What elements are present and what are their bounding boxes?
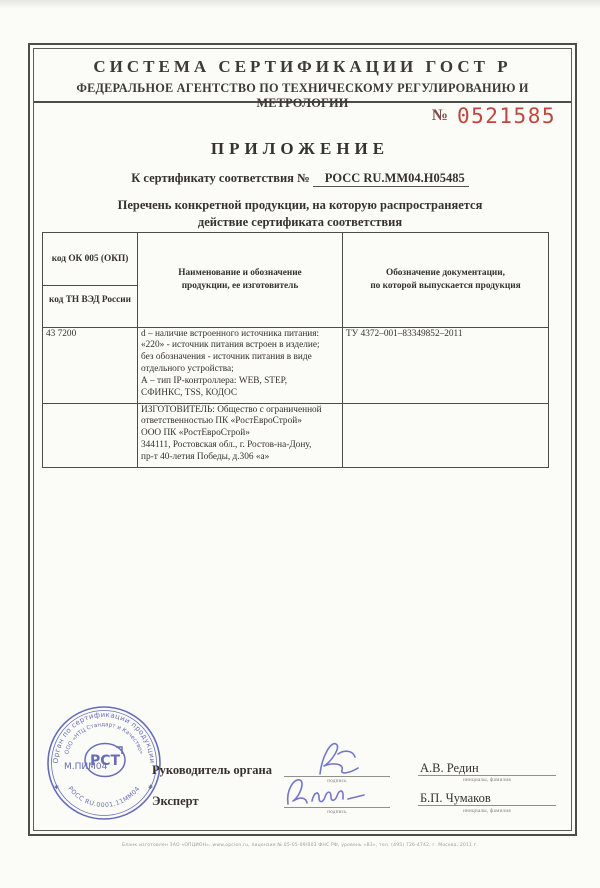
table-header-okp-code: код ОК 005 (ОКП) xyxy=(43,246,137,273)
certification-body-stamp: Орган по сертификации продукции ООО «НТЦ… xyxy=(44,703,164,823)
expert-signature-ink xyxy=(276,770,386,812)
stamp-star-left: ✱ xyxy=(54,784,59,791)
product-code-cell-empty xyxy=(43,403,138,467)
head-of-body-label: Руководитель органа xyxy=(152,763,272,778)
stamp-code: М.ПИМ04 xyxy=(64,762,108,772)
table-row: 43 7200 d – наличие встроенного источник… xyxy=(43,327,549,403)
head-name-caption: инициалы, фамилия xyxy=(418,778,556,783)
certification-system-title: СИСТЕМА СЕРТИФИКАЦИИ ГОСТ Р xyxy=(34,57,571,77)
appendix-title: ПРИЛОЖЕНИЕ xyxy=(0,139,600,159)
expert-name-caption: инициалы, фамилия xyxy=(418,809,556,814)
table-header-documentation: Обозначение документации, по которой вып… xyxy=(343,233,549,328)
product-code-cell: 43 7200 xyxy=(43,327,138,403)
table-header-tnved-code: код ТН ВЭД России xyxy=(43,285,137,314)
products-table: код ОК 005 (ОКП) код ТН ВЭД России Наиме… xyxy=(42,232,549,468)
expert-name-line xyxy=(418,791,556,806)
stamp-star-right: ✱ xyxy=(148,784,153,791)
table-row: ИЗГОТОВИТЕЛЬ: Общество с ограниченной от… xyxy=(43,403,549,467)
certificate-ref-value: РОСС RU.MM04.H05485 xyxy=(313,171,469,187)
certificate-header: СИСТЕМА СЕРТИФИКАЦИИ ГОСТ Р ФЕДЕРАЛЬНОЕ … xyxy=(34,49,571,103)
manufacturer-cell: ИЗГОТОВИТЕЛЬ: Общество с ограниченной от… xyxy=(138,403,343,467)
table-header-row: код ОК 005 (ОКП) код ТН ВЭД России Наиме… xyxy=(43,233,549,328)
scan-edge-shadow xyxy=(0,0,600,9)
table-header-product-name: Наименование и обозначение продукции, ее… xyxy=(138,233,343,328)
product-description-cell: d – наличие встроенного источника питани… xyxy=(138,327,343,403)
table-header-codes: код ОК 005 (ОКП) код ТН ВЭД России xyxy=(43,233,138,328)
certificate-ref-label: К сертификату соответствия № xyxy=(131,171,309,185)
documentation-cell-empty xyxy=(343,403,549,467)
form-number: №0521585 xyxy=(432,104,556,128)
certificate-reference-line: К сертификату соответствия № РОСС RU.MM0… xyxy=(0,171,600,186)
expert-label: Эксперт xyxy=(152,794,199,809)
head-name-line xyxy=(418,761,556,776)
printer-imprint: Бланк изготовлен ЗАО «ОПЦИОН», www.opcio… xyxy=(0,843,600,848)
form-number-value: 0521585 xyxy=(457,104,556,128)
numero-sign: № xyxy=(432,107,448,124)
stamp-registration-number: РОСС RU.0001.11ММ04 xyxy=(66,785,141,809)
documentation-cell: ТУ 4372–001–83349852–2011 xyxy=(343,327,549,403)
scope-note: Перечень конкретной продукции, на котору… xyxy=(0,197,600,230)
